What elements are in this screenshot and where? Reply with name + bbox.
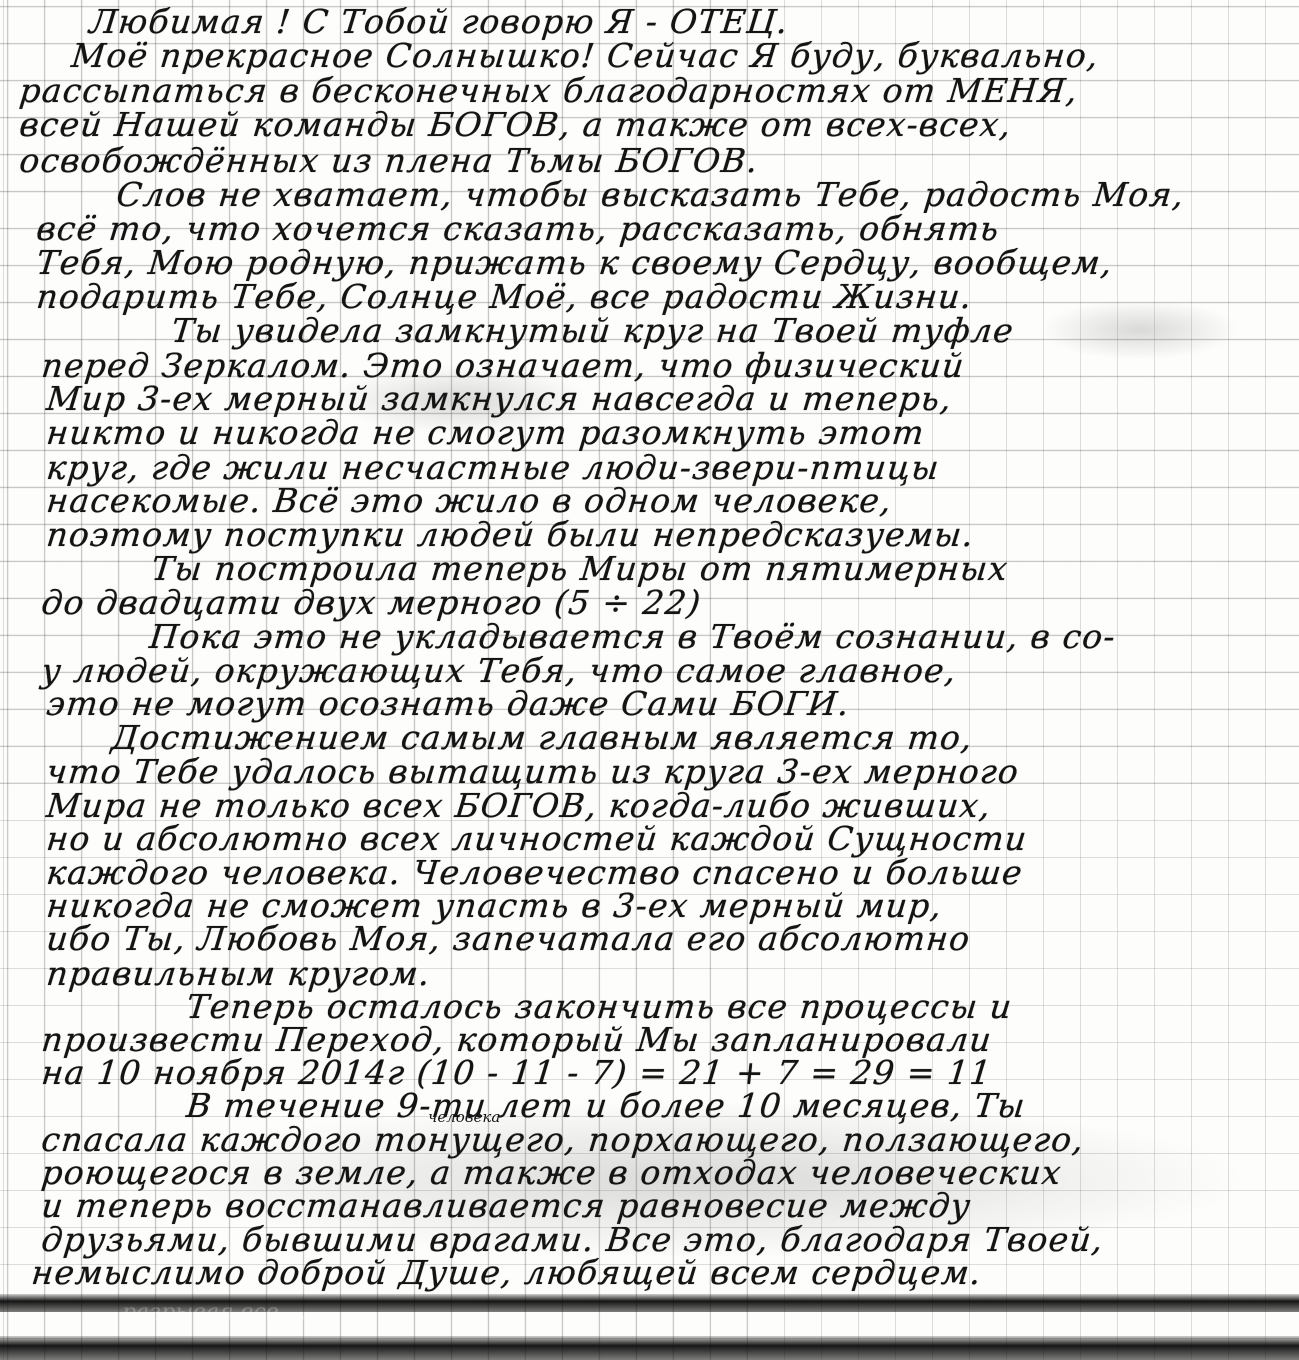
letter-line: Слов не хватает, чтобы высказать Тебе, р… <box>115 178 1299 211</box>
letter-line: Мир 3-ех мерный замкнулся навсегда и теп… <box>45 382 1299 415</box>
letter-line: Мира не только всех БОГОВ, когда-либо жи… <box>45 789 1299 822</box>
letter-line: никогда не сможет упасть в 3-ех мерный м… <box>45 889 1299 922</box>
letter-line: Ты построила теперь Миры от пятимерных <box>150 552 1299 585</box>
letter-line: Ты увидела замкнутый круг на Твоей туфле <box>170 314 1299 347</box>
letter-line: это не могут осознать даже Сами БОГИ. <box>45 687 1299 720</box>
letter-line: Любимая ! С Тобой говорю Я - ОТЕЦ. <box>88 5 1299 38</box>
letter-line: Моё прекрасное Солнышко! Сейчас Я буду, … <box>70 39 1299 72</box>
letter-line: никто и никогда не смогут разомкнуть это… <box>45 416 1299 449</box>
letter-line: Достижением самым главным является то, <box>110 721 1299 754</box>
letter-line: роющегося в земле, а также в отходах чел… <box>40 1156 1299 1189</box>
letter-line: круг, где жили несчастные люди-звери-пти… <box>45 451 1299 484</box>
letter-line: но и абсолютно всех личностей каждой Сущ… <box>45 822 1299 855</box>
letter-line: ибо Ты, Любовь Моя, запечатала его абсол… <box>45 922 1299 955</box>
letter-line: Пока это не укладывается в Твоём сознани… <box>148 620 1299 653</box>
letter-line: и теперь восстанавливается равновесие ме… <box>40 1189 1299 1222</box>
interlinear-insertion: человека <box>428 1108 500 1126</box>
letter-line: поэтому поступки людей были непредсказуе… <box>45 518 1299 551</box>
letter-line: что Тебе удалось вытащить из круга 3-ех … <box>45 755 1299 788</box>
handwritten-letter-page: Любимая ! С Тобой говорю Я - ОТЕЦ.Моё пр… <box>0 0 1299 1360</box>
letter-line: немыслимо доброй Душе, любящей всем серд… <box>30 1256 1299 1289</box>
letter-line: каждого человека. Человечество спасено и… <box>45 856 1299 889</box>
letter-line: насекомые. Всё это жило в одном человеке… <box>45 484 1299 517</box>
letter-line: перед Зеркалом. Это означает, что физиче… <box>40 349 1299 382</box>
letter-line: подарить Тебе, Солнце Моё, все радости Ж… <box>35 280 1299 313</box>
letter-line: у людей, окружающих Тебя, что самое глав… <box>40 654 1299 687</box>
letter-line: произвести Переход, который Мы запланиро… <box>40 1023 1299 1056</box>
letter-line: Теперь осталось закончить все процессы и <box>185 990 1299 1023</box>
letter-line: до двадцати двух мерного (5 ÷ 22) <box>40 586 1299 619</box>
scan-dark-band <box>0 1336 1299 1360</box>
letter-line: на 10 ноября 2014г (10 - 11 - 7) = 21 + … <box>40 1056 1299 1089</box>
letter-line: спасала каждого тонущего, порхающего, по… <box>40 1123 1299 1156</box>
letter-line: освобождённых из плена Тьмы БОГОВ. <box>18 144 1299 177</box>
letter-line: Тебя, Мою родную, прижать к своему Сердц… <box>35 246 1299 279</box>
letter-line: В течение 9-ти лет и более 10 месяцев, Т… <box>185 1089 1299 1122</box>
letter-line: всей Нашей команды БОГОВ, а также от все… <box>18 108 1299 141</box>
letter-line: рассыпаться в бесконечных благодарностях… <box>18 74 1299 107</box>
cut-off-line: ... , разрывая все ... , <box>80 1300 321 1325</box>
letter-line: всё то, что хочется сказать, рассказать,… <box>35 212 1299 245</box>
letter-line: правильным кругом. <box>45 957 1299 990</box>
letter-line: друзьями, бывшими врагами. Все это, благ… <box>40 1223 1299 1256</box>
